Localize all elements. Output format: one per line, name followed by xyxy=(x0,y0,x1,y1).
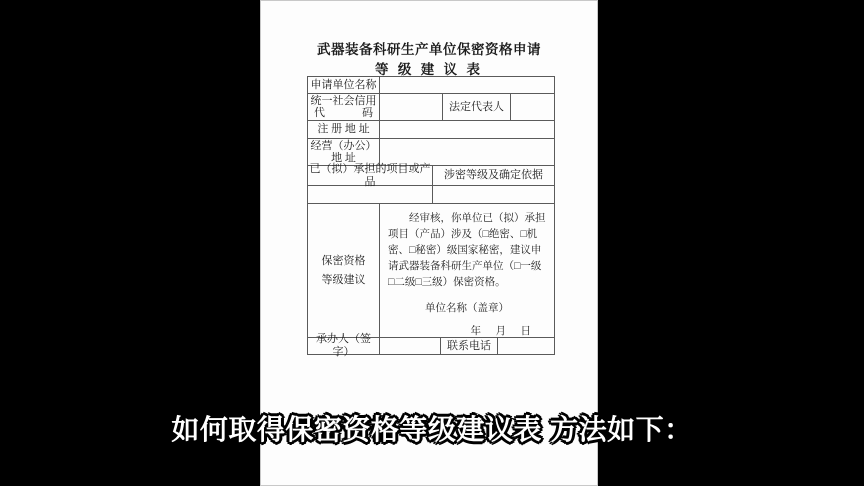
applicant-name-value-cell xyxy=(380,77,554,93)
recommendation-statement: 经审核，你单位已（拟）承担项目（产品）涉及（□绝密、□机密、□秘密）级国家秘密，… xyxy=(388,211,546,291)
row-projects-blank xyxy=(308,186,554,204)
projects-value-cell xyxy=(308,186,433,203)
row-handler: 承办人（签字） 联系电话 xyxy=(308,338,554,354)
credit-code-value-cell xyxy=(380,94,443,120)
credit-code-char-left: 代 xyxy=(314,107,325,119)
registered-address-label: 注 册 地 址 xyxy=(308,121,380,138)
recommendation-label-line1: 保密资格 xyxy=(322,255,366,268)
recommendation-label-line2: 等级建议 xyxy=(322,274,366,287)
business-address-label-line1: 经营（办公） xyxy=(311,140,377,152)
recommendation-label: 保密资格 等级建议 xyxy=(308,204,380,337)
handler-value-cell xyxy=(380,338,441,354)
legal-rep-label: 法定代表人 xyxy=(443,94,511,120)
secrecy-level-header-label: 涉密等级及确定依据 xyxy=(433,166,554,185)
credit-code-char-right: 码 xyxy=(362,107,373,119)
projects-header-label: 已（拟）承担的项目或产品 xyxy=(308,166,433,185)
video-subtitle: 如何取得保密资格等级建议表 方法如下： xyxy=(0,410,864,456)
business-address-value-cell xyxy=(380,139,554,165)
phone-value-cell xyxy=(498,338,554,354)
form-table: 申请单位名称 统一社会信用 代 码 法定代表人 注 册 地 址 xyxy=(307,76,555,355)
row-recommendation: 保密资格 等级建议 经审核，你单位已（拟）承担项目（产品）涉及（□绝密、□机密、… xyxy=(308,204,554,338)
applicant-name-label: 申请单位名称 xyxy=(308,77,380,93)
credit-code-label-line2: 代 码 xyxy=(308,107,379,119)
form-title-line2: 等 级 建 议 表 xyxy=(260,58,598,78)
row-registered-address: 注 册 地 址 xyxy=(308,121,554,139)
row-projects-header: 已（拟）承担的项目或产品 涉密等级及确定依据 xyxy=(308,166,554,186)
registered-address-value-cell xyxy=(380,121,554,138)
phone-label: 联系电话 xyxy=(441,338,498,354)
credit-code-label: 统一社会信用 代 码 xyxy=(308,94,380,120)
secrecy-level-value-cell xyxy=(433,186,554,203)
legal-rep-value-cell xyxy=(511,94,554,120)
unit-seal-label: 单位名称（盖章） xyxy=(388,301,546,317)
recommendation-content-cell: 经审核，你单位已（拟）承担项目（产品）涉及（□绝密、□机密、□秘密）级国家秘密，… xyxy=(380,204,554,337)
form-title-line1: 武器装备科研生产单位保密资格申请 xyxy=(260,38,598,58)
business-address-label: 经营（办公） 地 址 xyxy=(308,139,380,165)
credit-code-label-line1: 统一社会信用 xyxy=(311,95,377,107)
row-applicant-name: 申请单位名称 xyxy=(308,77,554,94)
handler-label: 承办人（签字） xyxy=(308,338,380,354)
video-frame: 武器装备科研生产单位保密资格申请 等 级 建 议 表 申请单位名称 统一社会信用… xyxy=(0,0,864,486)
row-credit-code: 统一社会信用 代 码 法定代表人 xyxy=(308,94,554,121)
